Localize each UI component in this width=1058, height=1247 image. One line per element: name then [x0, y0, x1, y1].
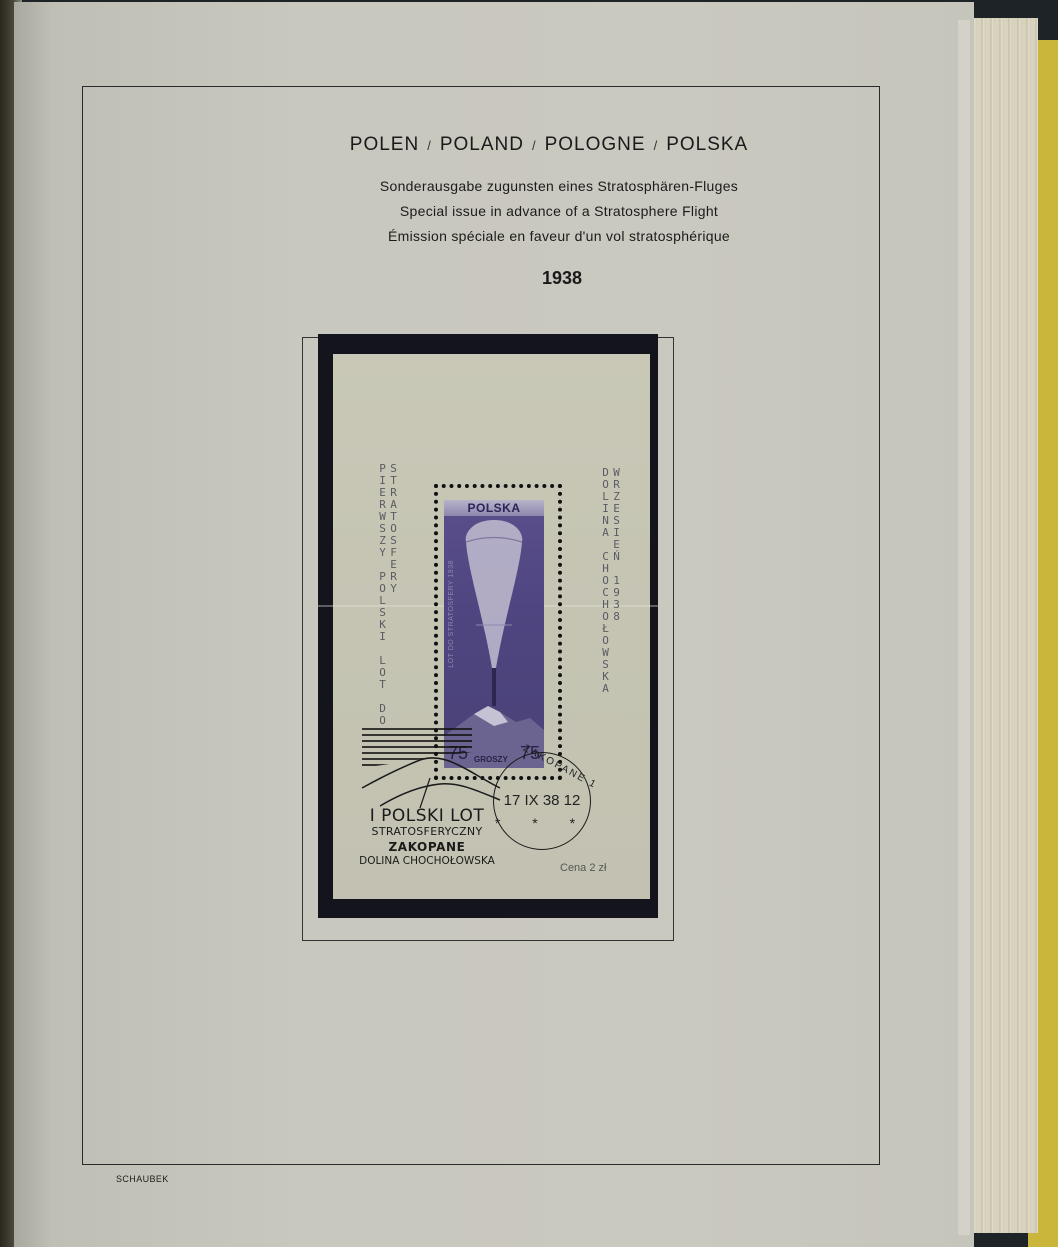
- cancel-line-1: I POLSKI LOT: [352, 806, 502, 826]
- stamp: POLSKA LOT DO STRATOSFERY 1938 75 GROSZY…: [444, 500, 544, 768]
- title-separator: /: [532, 138, 537, 153]
- issue-year: 1938: [0, 268, 1058, 289]
- cancel-line-2: STRATOSFERYCZNY: [352, 825, 502, 838]
- postmark: ZAKOPANE 1 17 IX 38 12 * * *: [493, 752, 591, 850]
- title-german: POLEN: [350, 134, 419, 155]
- balloon-illustration-icon: [444, 500, 544, 768]
- sheet-price: Cena 2 zł: [560, 862, 606, 874]
- title-polish: POLSKA: [666, 134, 748, 155]
- title-french: POLOGNE: [545, 134, 646, 155]
- cancel-line-4: DOLINA CHOCHOŁOWSKA: [352, 855, 502, 867]
- postmark-date: 17 IX 38 12: [494, 792, 590, 809]
- title-separator: /: [427, 138, 432, 153]
- publisher-label: SCHAUBEK: [116, 1174, 169, 1184]
- page-stack-edge: [968, 18, 1038, 1233]
- subtitle-german: Sonderausgabe zugunsten eines Stratosphä…: [0, 178, 1058, 194]
- subtitle-english: Special issue in advance of a Stratosphe…: [0, 203, 1058, 219]
- title-english: POLAND: [440, 134, 524, 155]
- stamp-side-inscription: LOT DO STRATOSFERY 1938: [448, 560, 455, 668]
- title-separator: /: [654, 138, 659, 153]
- cancel-line-3: ZAKOPANE: [352, 840, 502, 854]
- postmark-stars: * * *: [494, 815, 590, 831]
- subtitle-french: Émission spéciale en faveur d'un vol str…: [0, 228, 1058, 244]
- page-title: POLEN/POLAND/POLOGNE/POLSKA: [0, 134, 1058, 156]
- sheet-right-margin-text: DOLINA CHOCHOŁOWSKA WRZESIEŃ 1938: [600, 466, 622, 796]
